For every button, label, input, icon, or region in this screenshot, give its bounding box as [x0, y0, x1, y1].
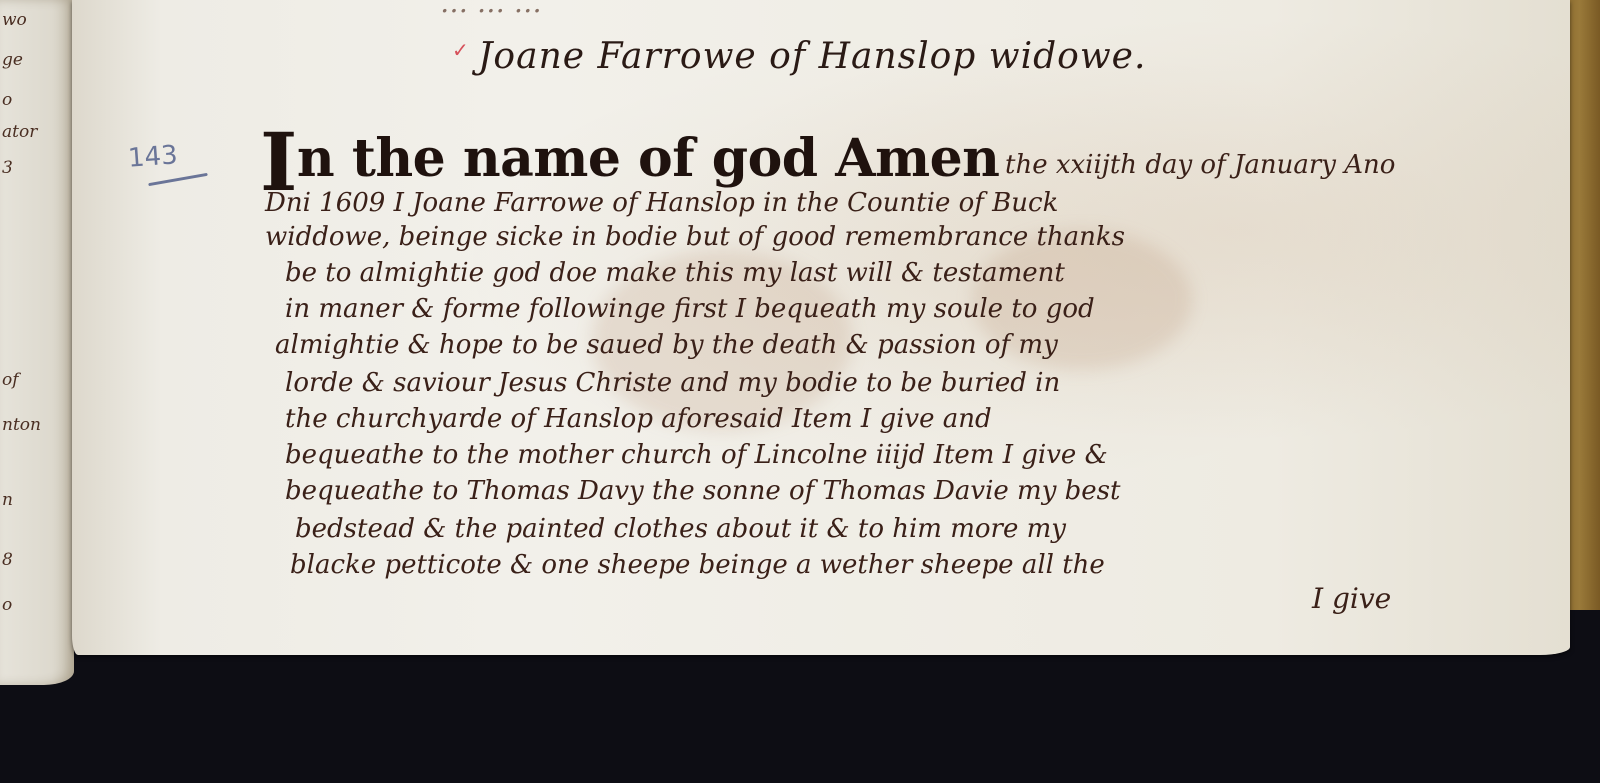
body-line: be to almightie god doe make this my las… [285, 258, 1065, 288]
fragment: nton [2, 415, 41, 435]
body-line: almightie & hope to be saued by the deat… [275, 330, 1058, 360]
fragment: wo [2, 10, 27, 30]
body-line: the xxiijth day of January Ano [1005, 150, 1395, 180]
catchword: I give [1312, 582, 1391, 615]
body-line: lorde & saviour Jesus Christe and my bod… [285, 368, 1060, 398]
fragment: 3 [2, 158, 13, 178]
fragment: of [2, 370, 19, 390]
folio-number: 143 [127, 140, 179, 173]
fragment: o [2, 595, 12, 615]
body-line: blacke petticote & one sheepe beinge a w… [290, 550, 1105, 580]
body-line: bequeathe to Thomas Davy the sonne of Th… [285, 476, 1120, 506]
fragment: ge [2, 50, 23, 70]
testator-heading: Joane Farrowe of Hanslop widowe. [478, 36, 1146, 77]
body-line: Dni 1609 I Joane Farrowe of Hanslop in t… [265, 188, 1058, 218]
body-line: widdowe, beinge sicke in bodie but of go… [265, 222, 1125, 252]
fragment: ator [2, 122, 37, 142]
body-line: bedstead & the painted clothes about it … [295, 514, 1066, 544]
facing-page-edge: wo ge o ator 3 of nton n 8 o [0, 0, 74, 685]
red-check-mark-icon: ✓ [452, 38, 469, 62]
fragment: n [2, 490, 13, 510]
fragment: o [2, 90, 12, 110]
cut-off-previous-line: … … … [440, 0, 1340, 16]
body-line: in maner & forme followinge first I bequ… [285, 294, 1095, 324]
body-line: bequeathe to the mother church of Lincol… [285, 440, 1108, 470]
invocation-text: n the name of god Amen [297, 128, 1000, 189]
photograph-scene: wo ge o ator 3 of nton n 8 o … … … 143 ✓… [0, 0, 1600, 783]
body-line: the churchyarde of Hanslop aforesaid Ite… [285, 404, 992, 434]
fragment: 8 [2, 550, 13, 570]
